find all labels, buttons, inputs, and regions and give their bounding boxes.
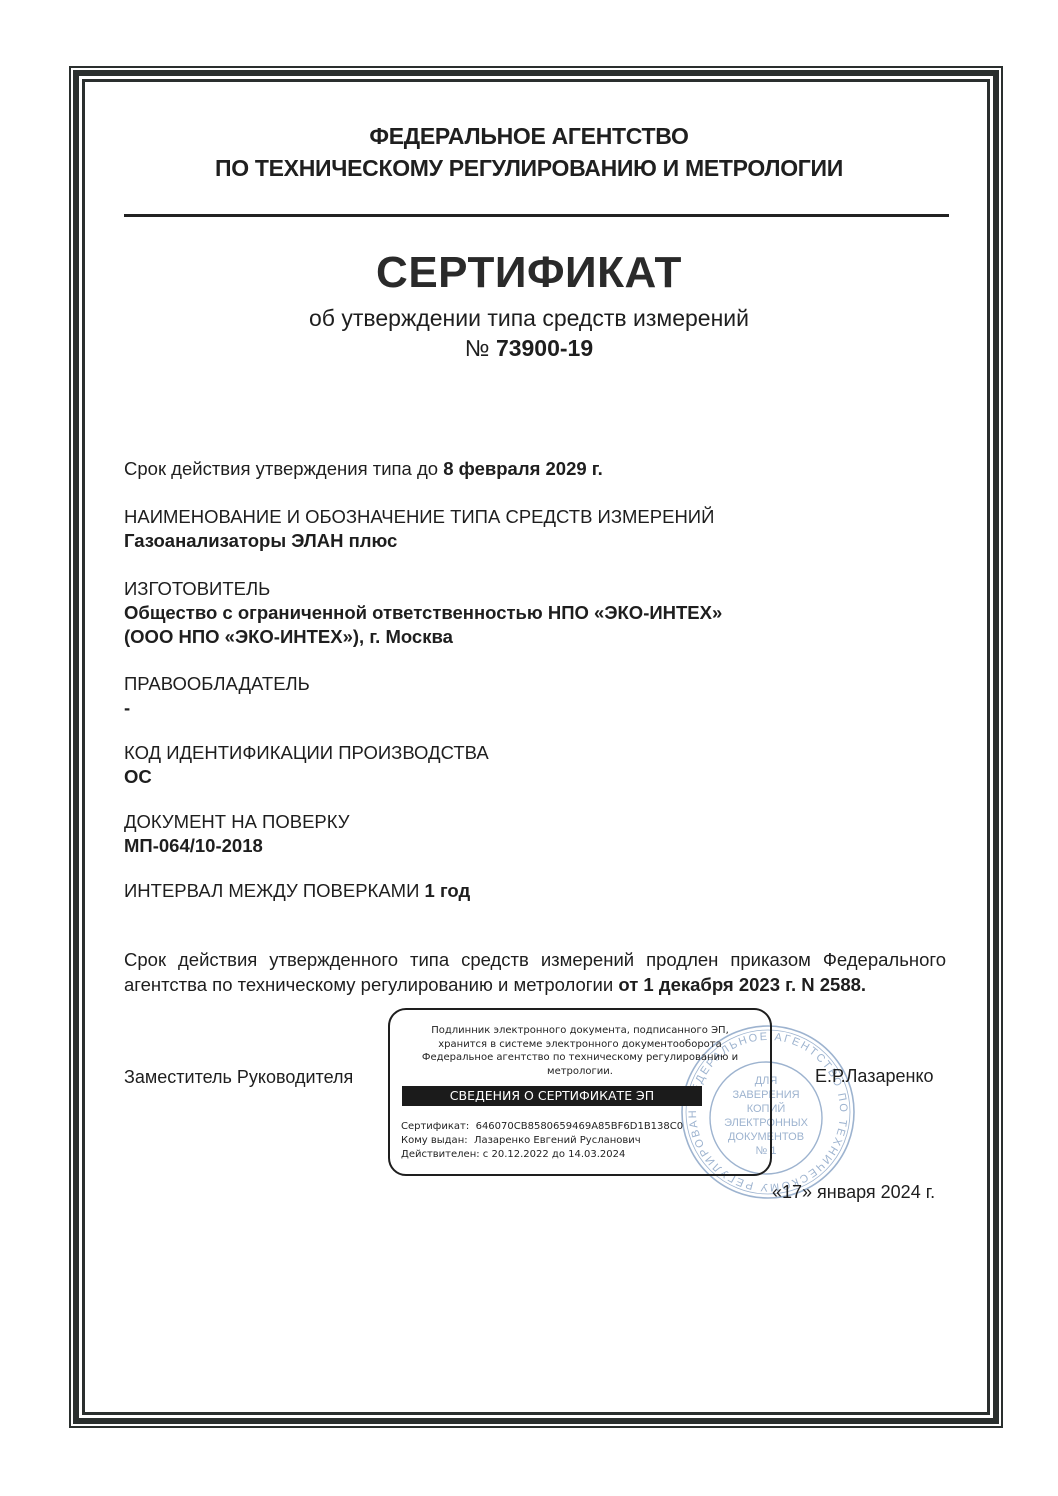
issued-value: Лазаренко Евгений Русланович <box>474 1135 641 1146</box>
issued-row: Кому выдан: Лазаренко Евгений Русланович <box>401 1134 683 1148</box>
field-value-production-code: ОС <box>124 765 152 788</box>
e-signature-stamp: Подлинник электронного документа, подпис… <box>388 1008 772 1176</box>
interval-label: ИНТЕРВАЛ МЕЖДУ ПОВЕРКАМИ <box>124 880 419 901</box>
certificate-subtitle: об утверждении типа средств измерений <box>0 305 1058 332</box>
field-label-manufacturer: ИЗГОТОВИТЕЛЬ <box>124 577 270 600</box>
extension-paragraph: Срок действия утвержденного типа средств… <box>124 947 946 997</box>
field-label-type-name: НАИМЕНОВАНИЕ И ОБОЗНАЧЕНИЕ ТИПА СРЕДСТВ … <box>124 505 714 528</box>
field-value-rights-holder: - <box>124 696 130 719</box>
note-line: Подлинник электронного документа, подпис… <box>390 1024 770 1038</box>
agency-name-line2: ПО ТЕХНИЧЕСКОМУ РЕГУЛИРОВАНИЮ И МЕТРОЛОГ… <box>0 155 1058 182</box>
extension-line2: агентства по техническому регулированию … <box>124 972 946 997</box>
signer-role: Заместитель Руководителя <box>124 1067 353 1088</box>
extension-order: от 1 декабря 2023 г. N 2588. <box>618 974 866 995</box>
field-label-production-code: КОД ИДЕНТИФИКАЦИИ ПРОИЗВОДСТВА <box>124 741 489 764</box>
number-prefix: № <box>465 335 490 361</box>
cert-label: Сертификат: <box>401 1121 469 1132</box>
field-label-rights-holder: ПРАВООБЛАДАТЕЛЬ <box>124 672 310 695</box>
header-divider <box>124 214 949 217</box>
field-value-manufacturer: Общество с ограниченной ответственностью… <box>124 601 722 624</box>
cert-value: 646070CB8580659469A85BF6D1B138C0 <box>476 1121 684 1132</box>
e-signature-note: Подлинник электронного документа, подпис… <box>390 1024 770 1078</box>
note-line: метрологии. <box>390 1065 770 1079</box>
signature-date: «17» января 2024 г. <box>772 1182 935 1203</box>
valid-value: с 20.12.2022 до 14.03.2024 <box>483 1149 626 1160</box>
issued-label: Кому выдан: <box>401 1135 468 1146</box>
e-signature-info: Сертификат: 646070CB8580659469A85BF6D1B1… <box>401 1120 683 1162</box>
field-value-type-name: Газоанализаторы ЭЛАН плюс <box>124 529 397 552</box>
signer-name: Е.Р.Лазаренко <box>815 1066 934 1087</box>
field-value-verification-doc: МП-064/10-2018 <box>124 834 263 857</box>
note-line: Федеральное агентство по техническому ре… <box>390 1051 770 1065</box>
agency-name-line1: ФЕДЕРАЛЬНОЕ АГЕНТСТВО <box>0 123 1058 150</box>
certificate-title: СЕРТИФИКАТ <box>0 248 1058 298</box>
cert-row: Сертификат: 646070CB8580659469A85BF6D1B1… <box>401 1120 683 1134</box>
interval-value: 1 год <box>425 880 471 901</box>
certificate-number: № 73900-19 <box>0 335 1058 362</box>
valid-label: Действителен: <box>401 1149 480 1160</box>
extension-line2-text: агентства по техническому регулированию … <box>124 974 613 995</box>
number-value: 73900-19 <box>496 335 593 361</box>
extension-line1: Срок действия утвержденного типа средств… <box>124 947 946 972</box>
validity-line: Срок действия утверждения типа до 8 февр… <box>124 457 603 480</box>
note-line: хранится в системе электронного документ… <box>390 1038 770 1052</box>
interval-line: ИНТЕРВАЛ МЕЖДУ ПОВЕРКАМИ 1 год <box>124 879 470 902</box>
e-signature-bar: СВЕДЕНИЯ О СЕРТИФИКАТЕ ЭП <box>402 1086 702 1106</box>
validity-label: Срок действия утверждения типа до <box>124 458 438 479</box>
field-label-verification-doc: ДОКУМЕНТ НА ПОВЕРКУ <box>124 810 350 833</box>
field-value-manufacturer-short: (ООО НПО «ЭКО-ИНТЕХ»), г. Москва <box>124 625 453 648</box>
validity-date: 8 февраля 2029 г. <box>443 458 603 479</box>
valid-row: Действителен: с 20.12.2022 до 14.03.2024 <box>401 1148 683 1162</box>
